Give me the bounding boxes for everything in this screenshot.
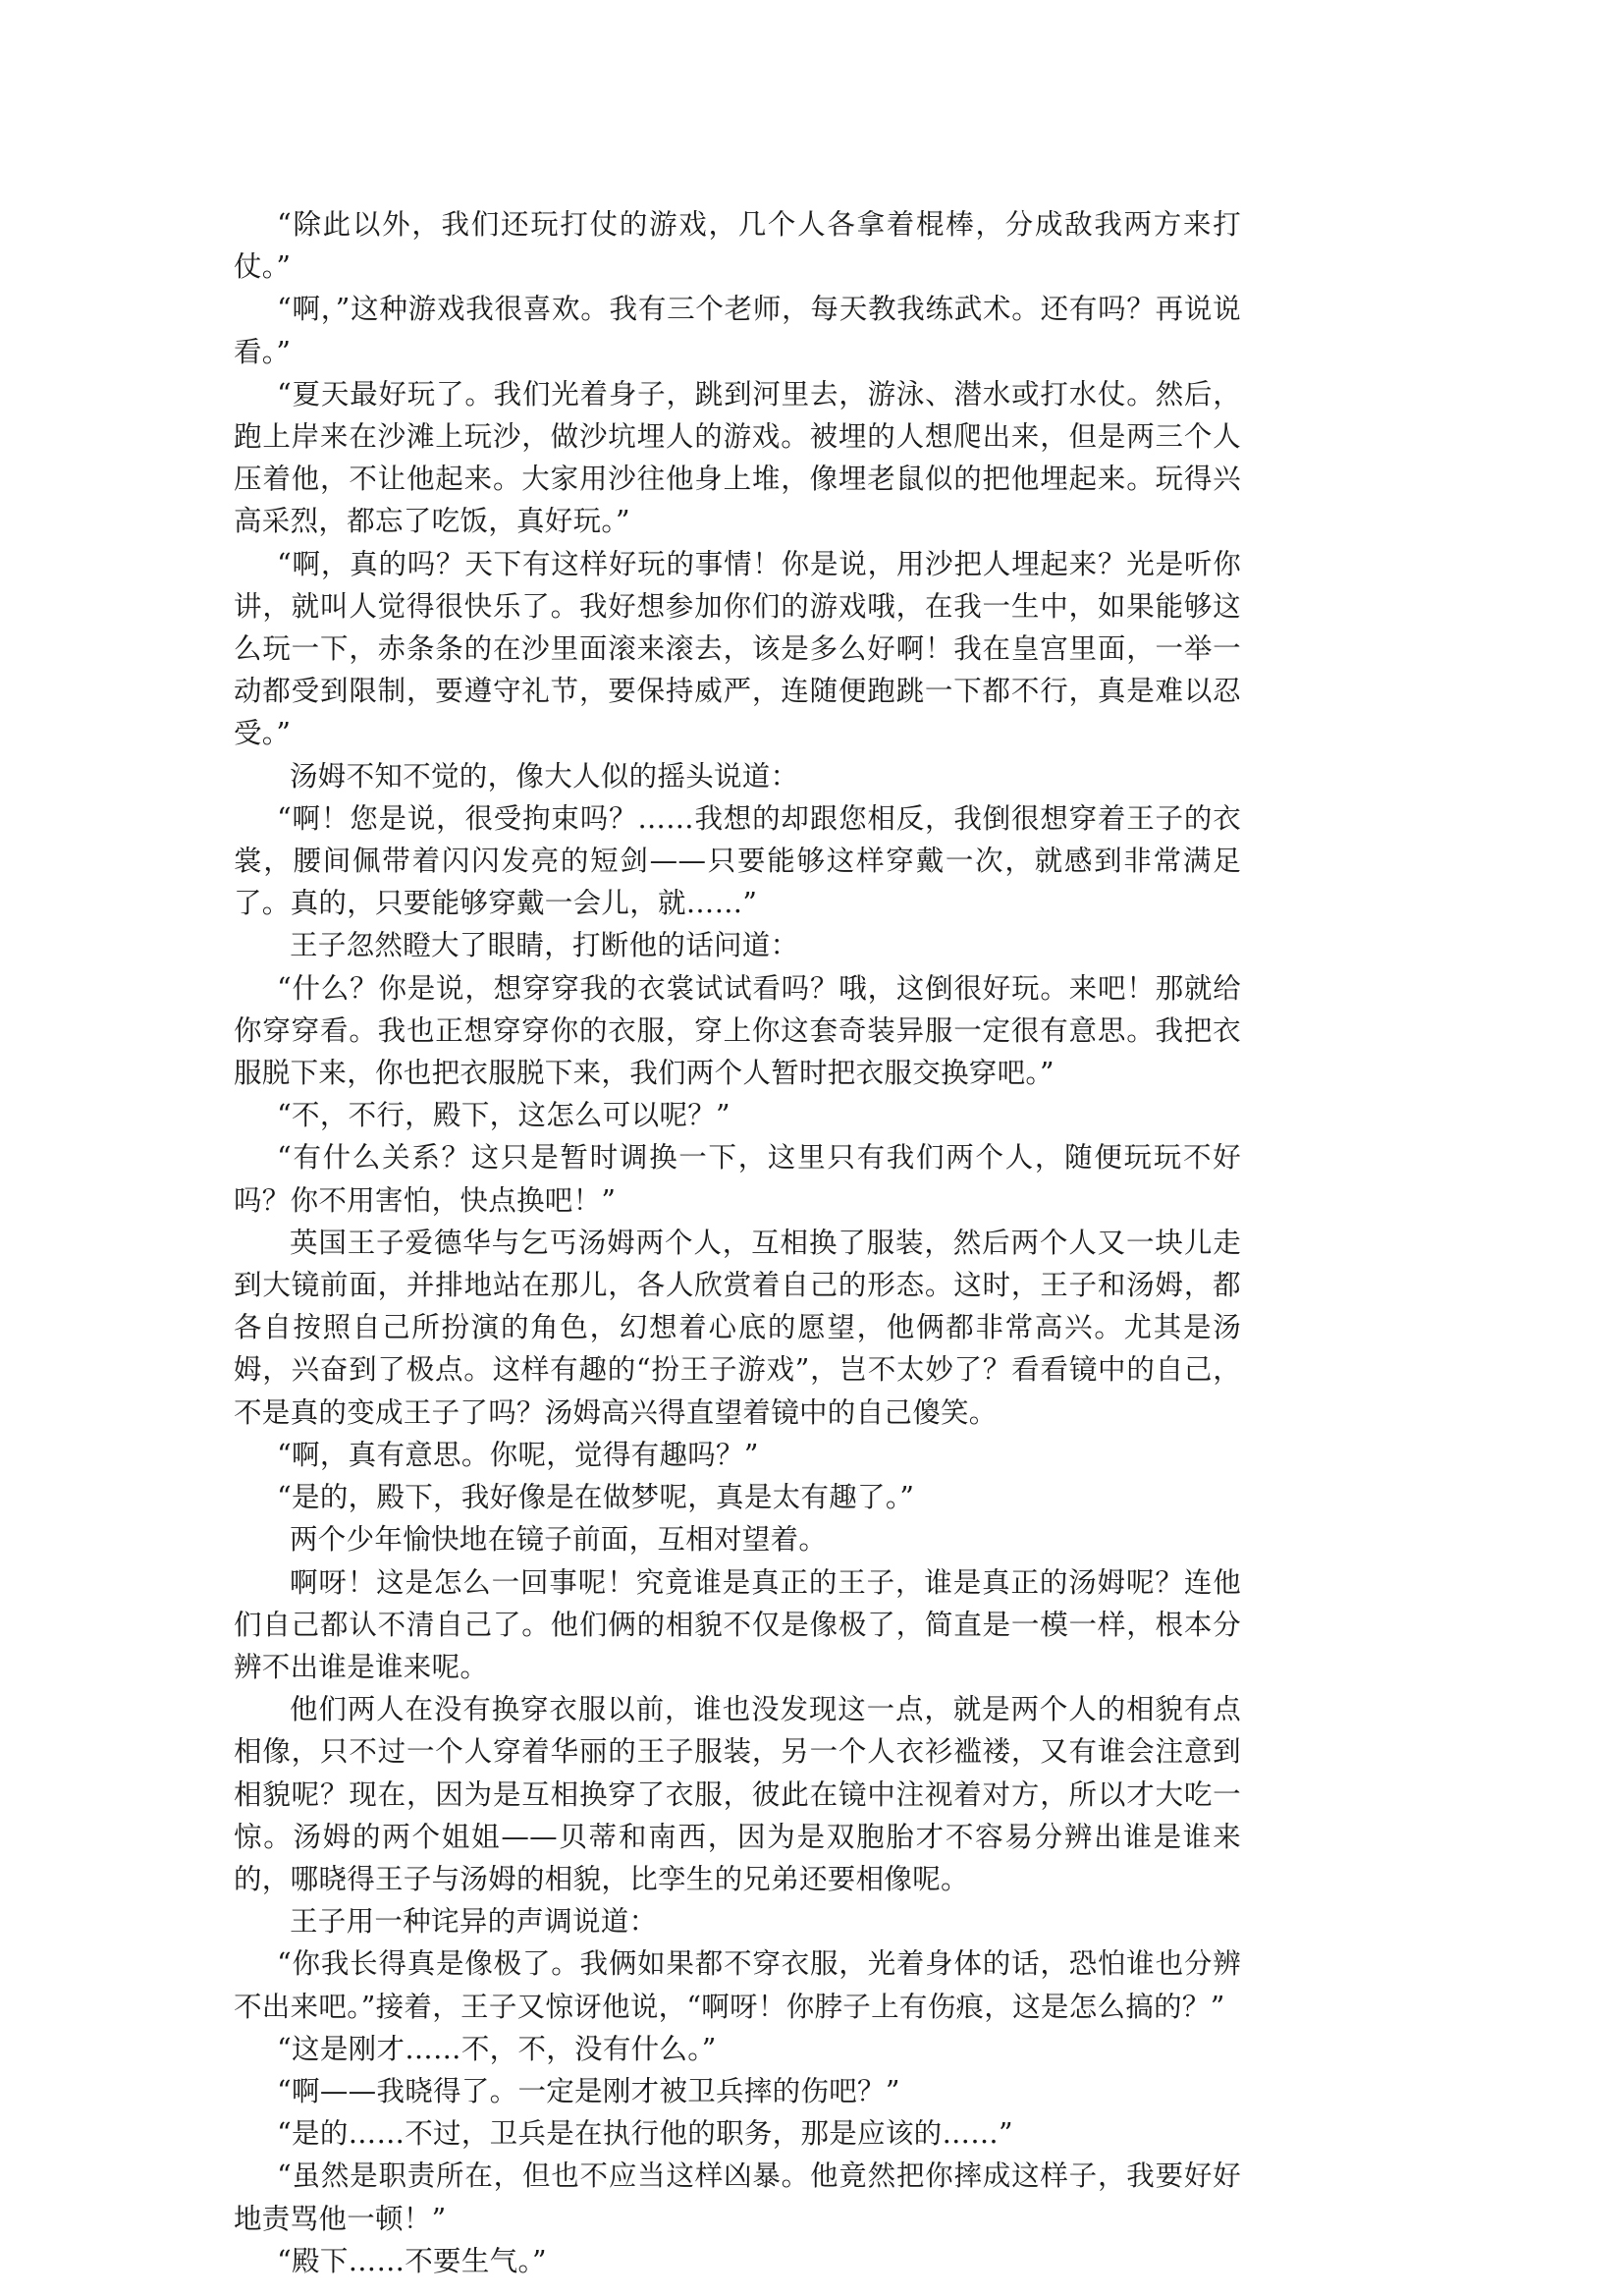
paragraph: “这是刚才……不，不，没有什么。” (234, 2028, 1241, 2070)
paragraph: “啊，真有意思。你呢，觉得有趣吗？” (234, 1434, 1241, 1476)
paragraph: “啊——我晓得了。一定是刚才被卫兵摔的伤吧？” (234, 2070, 1241, 2112)
paragraph: “你我长得真是像极了。我俩如果都不穿衣服，光着身体的话，恐怕谁也分辨不出来吧。”… (234, 1942, 1241, 2027)
paragraph: “不，不行，殿下，这怎么可以呢？” (234, 1094, 1241, 1136)
paragraph: 王子用一种诧异的声调说道： (234, 1900, 1241, 1942)
paragraph: “夏天最好玩了。我们光着身子，跳到河里去，游泳、潜水或打水仗。然后，跑上岸来在沙… (234, 373, 1241, 543)
paragraph: “是的，殿下，我好像是在做梦呢，真是太有趣了。” (234, 1476, 1241, 1518)
paragraph: “殿下……不要生气。” (234, 2240, 1241, 2282)
paragraph: “是的……不过，卫兵是在执行他的职务，那是应该的……” (234, 2112, 1241, 2155)
paragraph: 王子忽然瞪大了眼睛，打断他的话问道： (234, 924, 1241, 966)
paragraph: “啊！您是说，很受拘束吗？……我想的却跟您相反，我倒很想穿着王子的衣裳，腰间佩带… (234, 797, 1241, 925)
paragraph: 汤姆不知不觉的，像大人似的摇头说道： (234, 755, 1241, 797)
paragraph: 英国王子爱德华与乞丐汤姆两个人，互相换了服装，然后两个人又一块儿走到大镜前面，并… (234, 1222, 1241, 1434)
paragraph: “啊，”这种游戏我很喜欢。我有三个老师，每天教我练武术。还有吗？再说说看。” (234, 288, 1241, 372)
paragraph: 两个少年愉快地在镜子前面，互相对望着。 (234, 1518, 1241, 1560)
paragraph: “除此以外，我们还玩打仗的游戏，几个人各拿着棍棒，分成敌我两方来打仗。” (234, 203, 1241, 288)
paragraph: “有什么关系？这只是暂时调换一下，这里只有我们两个人，随便玩玩不好吗？你不用害怕… (234, 1136, 1241, 1221)
paragraph: “啊，真的吗？天下有这样好玩的事情！你是说，用沙把人埋起来？光是听你讲，就叫人觉… (234, 543, 1241, 755)
document-page: “除此以外，我们还玩打仗的游戏，几个人各拿着棍棒，分成敌我两方来打仗。” “啊，… (234, 203, 1241, 2282)
paragraph: “虽然是职责所在，但也不应当这样凶暴。他竟然把你摔成这样子，我要好好地责骂他一顿… (234, 2155, 1241, 2239)
paragraph: 啊呀！这是怎么一回事呢！究竟谁是真正的王子，谁是真正的汤姆呢？连他们自己都认不清… (234, 1561, 1241, 1689)
paragraph: 他们两人在没有换穿衣服以前，谁也没发现这一点，就是两个人的相貌有点相像，只不过一… (234, 1688, 1241, 1900)
paragraph: “什么？你是说，想穿穿我的衣裳试试看吗？哦，这倒很好玩。来吧！那就给你穿穿看。我… (234, 967, 1241, 1095)
